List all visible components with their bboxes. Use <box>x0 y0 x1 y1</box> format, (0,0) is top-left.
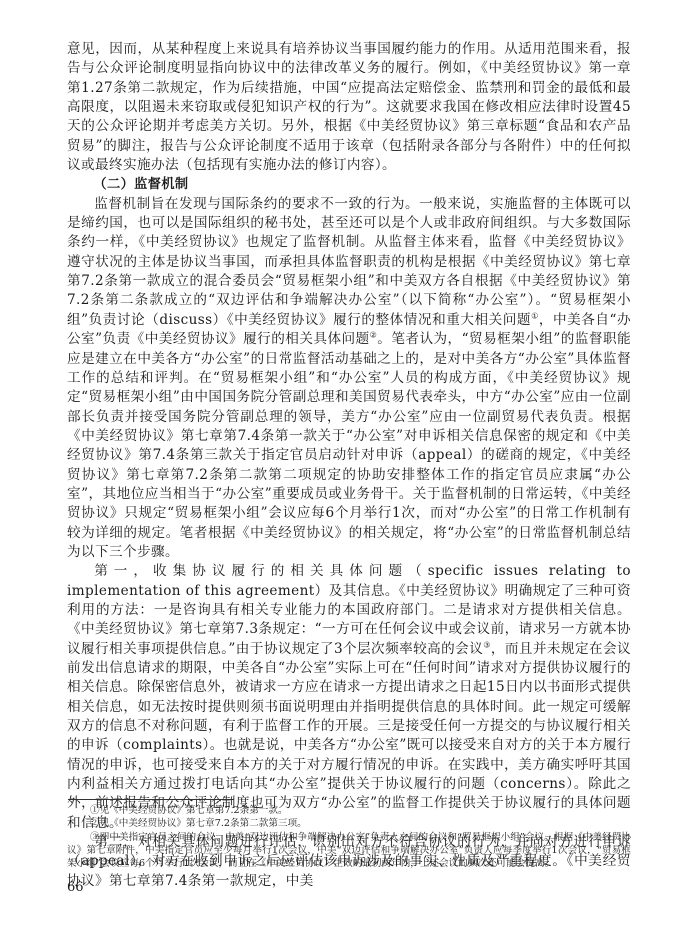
footnote-3: ③即中美指定官员之间的会议、中美“双边评估和争端解决办公室”负责人之间的会议和“… <box>67 831 631 871</box>
paragraph-continuation: 意见，因而，从某种程度上来说具有培养协议当事国履约能力的作用。从适用范围来看，报… <box>67 40 631 175</box>
footnotes: ①见《中美经贸协议》第七章第7.2条第一款。 ②见《中美经贸协议》第七章7.2条… <box>67 804 631 870</box>
footnote-2: ②见《中美经贸协议》第七章7.2条第二款第三项。 <box>67 817 631 830</box>
paragraph-step-one: 第一，收集协议履行的相关具体问题（specific issues relatin… <box>67 562 631 833</box>
paragraph-supervision-mechanism: 监督机制旨在发现与国际条约的要求不一致的行为。一般来说，实施监督的主体既可以是缔… <box>67 195 631 563</box>
document-page: 意见，因而，从某种程度上来说具有培养协议当事国履约能力的作用。从适用范围来看，报… <box>0 0 700 943</box>
footnote-separator <box>68 799 234 800</box>
paragraph-text: ，而且并未规定在会议前发出信息请求的期限，中美各自“办公室”实际上可在“任何时间… <box>67 641 631 831</box>
section-heading: （二）监督机制 <box>67 175 631 194</box>
body-text: 意见，因而，从某种程度上来说具有培养协议当事国履约能力的作用。从适用范围来看，报… <box>67 40 631 891</box>
footnote-ref-1[interactable]: ① <box>531 311 539 320</box>
paragraph-text: 监督机制旨在发现与国际条约的要求不一致的行为。一般来说，实施监督的主体既可以是缔… <box>67 196 631 328</box>
page-number: 66 <box>67 880 84 895</box>
footnote-1: ①见《中美经贸协议》第七章第7.2条第一款。 <box>67 804 631 817</box>
footnote-ref-3[interactable]: ③ <box>483 640 491 649</box>
paragraph-text: 。笔者认为，“贸易框架小组”的监督职能应是建立在中美各方“办公室”的日常监督活动… <box>67 331 631 560</box>
